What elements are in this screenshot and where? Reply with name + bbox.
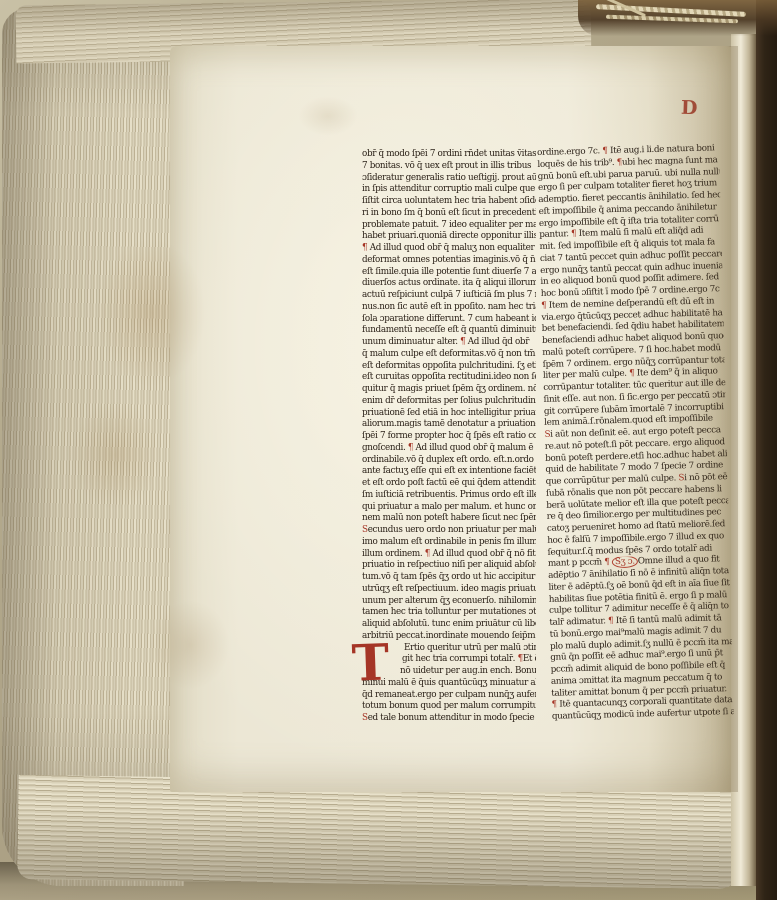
line-text: totum bonum quod per malum corrumpitur bbox=[362, 701, 536, 711]
text-line: gnoſcendi. ¶ Ad illud quod obr̄ q̄ malum… bbox=[362, 443, 536, 455]
text-line: illum ordinem. ¶ Ad illud quod obr̄ q̄ n… bbox=[362, 549, 536, 561]
text-line: actuū reſpiciunt culpā 7 iuſticiā ſm plu… bbox=[362, 290, 536, 302]
line-text: Ertio queritur utrū per malū ɔtin bbox=[404, 643, 536, 653]
line-text: ubi hec magna ſunt ma bbox=[622, 155, 718, 167]
line-text: unum per alterum q̄ʒ econuerſo. nihilomi… bbox=[362, 596, 536, 606]
text-line: et eſt ordo poſt factū eē qui q̄dem atte… bbox=[362, 478, 536, 490]
line-text: Et q̄ bbox=[523, 654, 536, 664]
text-line: q̄ malum culpe eſt deformitas.vō q̄ non … bbox=[362, 349, 536, 361]
line-text: actuū reſpiciunt culpā 7 iuſticiā ſm plu… bbox=[362, 290, 536, 300]
text-line: 7 bonitas. vō q̄ uex eſt prout in illis … bbox=[362, 161, 536, 173]
page-ornament-letter: D bbox=[681, 97, 698, 120]
line-text: 7 bonitas. vō q̄ uex eſt prout in illis … bbox=[362, 161, 531, 171]
line-text: talr̄ adimatur. bbox=[549, 616, 608, 628]
text-line: aliorum.magis tamē denotatur a priuation… bbox=[362, 419, 536, 431]
line-text: ecundus uero ordo non priuatur per malū bbox=[368, 525, 536, 535]
line-text: git hec tria corrumpi totalr̄. bbox=[402, 654, 518, 664]
line-text: tamen hec tria tolluntur per mutationes … bbox=[362, 607, 536, 617]
line-text: in ſpis attenditur corruptio mali culpe … bbox=[362, 184, 536, 194]
text-line: priuatio in reſpectiuo niſi per aliquid … bbox=[362, 560, 536, 572]
line-text: tum.vō q̄ tam ſpēs q̄ʒ ordo ut hic accip… bbox=[362, 572, 535, 582]
aging-stain bbox=[150, 600, 230, 690]
aging-stain bbox=[70, 400, 160, 510]
text-line: eſt curuitas oppoſita rectitudini.ideo n… bbox=[362, 372, 536, 384]
text-line: ri in bono ſm q̄ bonū eſt ſicut in prece… bbox=[362, 208, 536, 220]
text-line: eſt ſimile.quia ille potentie ſunt diuer… bbox=[362, 267, 536, 279]
line-text: quitur q̄ magis priuet ſpēm q̄ʒ ordinem.… bbox=[362, 384, 536, 394]
book-photo: { "page_ornament": { "letter": "D" }, "d… bbox=[0, 0, 777, 900]
line-text: eſt deformitas oppoſita pulchritudini. ſ… bbox=[362, 361, 536, 371]
bottom-page-edges bbox=[17, 775, 746, 889]
text-line: Sed tale bonum attenditur in modo ſpecie… bbox=[362, 713, 536, 725]
text-line: ante factuʒ eſſe qui eſt ex intentione f… bbox=[362, 466, 536, 478]
line-text: Itē ſi tantū malū adimit tā bbox=[613, 613, 721, 626]
line-text: ſiſtit circa uoluntatem hec tria habent … bbox=[362, 196, 536, 206]
line-text: i nō pōt eē bbox=[684, 472, 727, 483]
text-line: enim dr̄ deformitas per ſolius pulchritu… bbox=[362, 396, 536, 408]
text-line: priuationē ſed etiā in hoc intelligitur … bbox=[362, 408, 536, 420]
line-text: habet priuari.quoniā directe opponitur i… bbox=[362, 231, 536, 241]
line-text: ſpēi 7 forme propter hoc q̄ ſpēs eſt rat… bbox=[362, 431, 536, 441]
line-text: et eſt ordo poſt factū eē qui q̄dem atte… bbox=[362, 478, 536, 488]
line-text: q̄ malum culpe eſt deformitas.vō q̄ non … bbox=[362, 349, 535, 359]
line-text: enim dr̄ deformitas per ſolius pulchritu… bbox=[362, 396, 536, 406]
line-text: diuerſos actus ordinate. ita q̄ aliqui i… bbox=[362, 278, 536, 288]
line-text: pantur. bbox=[539, 229, 571, 240]
line-text: deformat omnes potentias imaginis.vō q̄ … bbox=[362, 255, 535, 265]
text-line: utrūqʒ eſt reſpectiuum. ideo magis priua… bbox=[362, 584, 536, 596]
text-line: totum bonum quod per malum corrumpitur bbox=[362, 701, 536, 713]
text-column-right: ordine.ergo 7c. ¶ Itē aug.i li.de natura… bbox=[537, 143, 734, 726]
text-line: tum.vō q̄ tam ſpēs q̄ʒ ordo ut hic accip… bbox=[362, 572, 536, 584]
line-text: nus.non ſic autē eſt in ppoſito. nam hec… bbox=[362, 302, 536, 312]
text-line: problemate patuit. 7 ideo equaliter per … bbox=[362, 220, 536, 232]
text-line: deformat omnes potentias imaginis.vō q̄ … bbox=[362, 255, 536, 267]
rubricated-initial-T: T bbox=[351, 635, 399, 699]
line-text: problemate patuit. 7 ideo equaliter per … bbox=[362, 220, 536, 230]
text-line: Secundus uero ordo non priuatur per malū bbox=[362, 525, 536, 537]
text-line: nus.non ſic autē eſt in ppoſito. nam hec… bbox=[362, 302, 536, 314]
line-text: Omne illud a quo fit bbox=[638, 555, 720, 567]
line-text: Ad illud q̄d obr̄ bbox=[465, 337, 529, 347]
text-line: unum per alterum q̄ʒ econuerſo. nihilomi… bbox=[362, 596, 536, 608]
line-text: Ad illud quod obr̄ q̄ malum ē bbox=[413, 443, 533, 453]
line-text: qui priuatur a malo per malum. et hunc o… bbox=[362, 502, 536, 512]
line-text: priuatio in reſpectiuo niſi per aliquid … bbox=[362, 560, 536, 570]
text-line: fundamentū neceſſe eſt q̄ quantū diminui… bbox=[362, 325, 536, 337]
gutter-fold bbox=[731, 34, 759, 886]
red-circled-text: Sʒ ɔ. bbox=[612, 556, 638, 569]
line-text: utrūqʒ eſt reſpectiuum. ideo magis priua… bbox=[362, 584, 536, 594]
line-text: fundamentū neceſſe eſt q̄ quantū diminui… bbox=[362, 325, 536, 335]
line-text: ɔſideratur generalis ratio ueſtigij. pro… bbox=[362, 173, 536, 183]
line-text: gnoſcendi. bbox=[362, 443, 408, 453]
line-text: nō uidetur per aug.in ench. Bonus bbox=[400, 666, 536, 676]
text-line: nem malū non poteſt habere ſicut nec ſpē… bbox=[362, 513, 536, 525]
line-text: eſt ſimile.quia ille potentie ſunt diuer… bbox=[362, 267, 536, 277]
text-line: habet priuari.quoniā directe opponitur i… bbox=[362, 231, 536, 243]
text-line: tamen hec tria tolluntur per mutationes … bbox=[362, 607, 536, 619]
text-line: in ſpis attenditur corruptio mali culpe … bbox=[362, 184, 536, 196]
line-text: imo malum eſt ordinabile in penis ſm ill… bbox=[362, 537, 536, 547]
line-text: liter per malū culpe. bbox=[543, 369, 629, 381]
line-text: Itē aug.i li.de natura boni bbox=[607, 143, 714, 156]
text-line: aliquid abſolutū. tunc enim priuātur cū … bbox=[362, 619, 536, 631]
text-line: ɔſideratur generalis ratio ueſtigij. pro… bbox=[362, 173, 536, 185]
line-text: ordine.ergo 7c. bbox=[537, 146, 603, 158]
line-text: aliorum.magis tamē denotatur a priuation… bbox=[362, 419, 536, 429]
text-line: ſpēi 7 forme propter hoc q̄ ſpēs eſt rat… bbox=[362, 431, 536, 443]
text-line: qui priuatur a malo per malum. et hunc o… bbox=[362, 502, 536, 514]
line-text: Ad illud quod obr̄ q̄ maluʒ non equalite… bbox=[367, 243, 534, 253]
line-text: aliquid abſolutū. tunc enim priuātur cū … bbox=[362, 619, 536, 629]
line-text: ante factuʒ eſſe qui eſt ex intentione f… bbox=[362, 466, 536, 476]
line-text: priuationē ſed etiā in hoc intelligitur … bbox=[362, 408, 536, 418]
line-text: Ite dem⁹ q̄ in aliquo bbox=[634, 367, 717, 379]
text-line: ſiſtit circa uoluntatem hec tria habent … bbox=[362, 196, 536, 208]
text-line: obr̄ q̄ modo ſpēi 7 ordini rn̄det unitas… bbox=[362, 149, 536, 161]
line-text: loquēs de his trib⁹. bbox=[537, 158, 617, 170]
line-text: Ad illud quod obr̄ q̄ nō fit bbox=[430, 549, 535, 559]
aging-stain bbox=[298, 96, 358, 136]
text-line: imo malum eſt ordinabile in penis ſm ill… bbox=[362, 537, 536, 549]
text-line: ordinabile.vō q̄ duplex eſt ordo. eſt.n.… bbox=[362, 455, 536, 467]
text-line: eſt deformitas oppoſita pulchritudini. ſ… bbox=[362, 361, 536, 373]
aging-stain bbox=[96, 238, 206, 388]
line-text: ri in bono ſm q̄ bonū eſt ſicut in prece… bbox=[362, 208, 536, 218]
text-line: quitur q̄ magis priuet ſpēm q̄ʒ ordinem.… bbox=[362, 384, 536, 396]
line-text: eſt curuitas oppoſita rectitudini.ideo n… bbox=[362, 372, 536, 382]
text-line: ſm iuſticiā retribuentis. Primus ordo eſ… bbox=[362, 490, 536, 502]
line-text: ſola ɔparatione differunt. 7 cum habeant… bbox=[362, 314, 536, 324]
line-text: unum diminuatur alter. bbox=[362, 337, 460, 347]
text-line: ¶ Ad illud quod obr̄ q̄ maluʒ non equali… bbox=[362, 243, 536, 255]
line-text: ed tale bonum attenditur in modo ſpecie … bbox=[368, 713, 536, 723]
line-text: illum ordinem. bbox=[362, 549, 425, 559]
line-text: nem malū non poteſt habere ſicut nec ſpē… bbox=[362, 513, 536, 523]
text-line: unum diminuatur alter. ¶ Ad illud q̄d ob… bbox=[362, 337, 536, 349]
line-text: ſm iuſticiā retribuentis. Primus ordo eſ… bbox=[362, 490, 536, 500]
line-text: mant̄ p pccm̄ bbox=[548, 558, 605, 569]
text-line: diuerſos actus ordinate. ita q̄ aliqui i… bbox=[362, 278, 536, 290]
line-text: obr̄ q̄ modo ſpēi 7 ordini rn̄det unitas… bbox=[362, 149, 536, 159]
line-text: ordinabile.vō q̄ duplex eſt ordo. eſt.n.… bbox=[362, 455, 534, 465]
text-line: ſola ɔparatione differunt. 7 cum habeant… bbox=[362, 314, 536, 326]
book-cover-edge bbox=[756, 0, 777, 900]
